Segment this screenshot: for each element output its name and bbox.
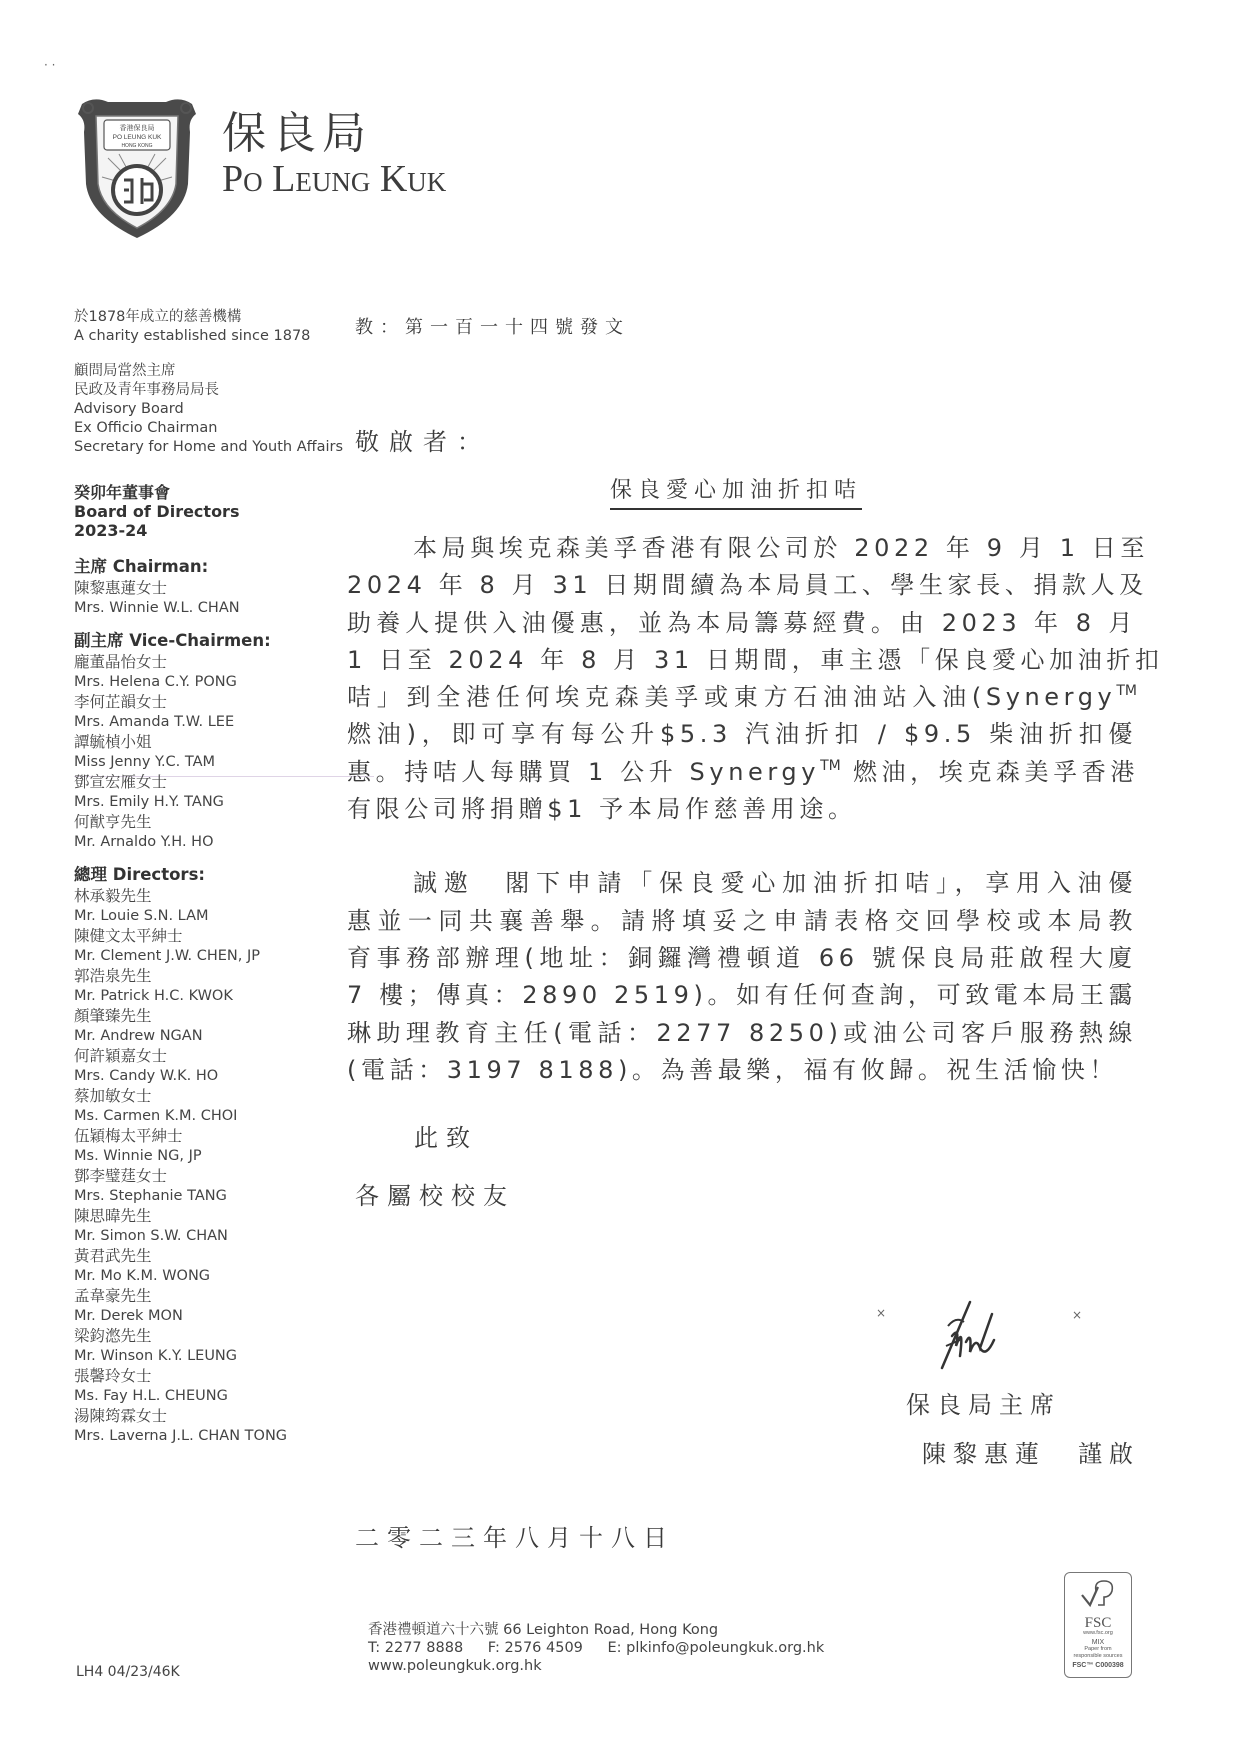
handwritten-signature xyxy=(930,1296,1020,1376)
member-name-en: Mr. Louie S.N. LAM xyxy=(74,906,334,926)
letter-body: 本局與埃克森美孚香港有限公司於 2022 年 9 月 1 日至 2024 年 8… xyxy=(347,530,1137,1089)
member-name-zh: 張馨玲女士 xyxy=(74,1366,334,1386)
fsc-mix: MIX xyxy=(1065,1639,1131,1646)
fsc-code: FSC™ C000398 xyxy=(1065,1662,1131,1669)
member-name-zh: 鄧李璧莛女士 xyxy=(74,1166,334,1186)
advisory-en-3: Secretary for Home and Youth Affairs xyxy=(74,438,334,457)
member-name-en: Mr. Clement J.W. CHEN, JP xyxy=(74,946,334,966)
fsc-url: www.fsc.org xyxy=(1065,1630,1131,1637)
scan-speck: · · xyxy=(44,58,55,72)
body-line: (電話：3197 8188)。為善最樂，福有攸歸。祝生活愉快！ xyxy=(347,1052,1137,1089)
member-name-zh: 顏肇臻先生 xyxy=(74,1006,334,1026)
member-name-zh: 陳思暐先生 xyxy=(74,1206,334,1226)
body-text: 惠。持咭人每購買 1 公升 Synergy xyxy=(347,758,820,786)
member-name-zh: 陳健文太平紳士 xyxy=(74,926,334,946)
body-line: 惠並一同共襄善舉。請將填妥之申請表格交回學校或本局教 xyxy=(347,903,1137,940)
paragraph-1: 本局與埃克森美孚香港有限公司於 2022 年 9 月 1 日至 2024 年 8… xyxy=(347,530,1137,828)
directors-list: 林承毅先生 Mr. Louie S.N. LAM 陳健文太平紳士 Mr. Cle… xyxy=(74,886,334,1446)
member-name-zh: 伍穎梅太平紳士 xyxy=(74,1126,334,1146)
board-title-zh: 癸卯年董事會 xyxy=(74,483,334,502)
body-line: 琳助理教育主任(電話：2277 8250)或油公司客戶服務熱線 xyxy=(347,1015,1137,1052)
member-name-en: Mr. Derek MON xyxy=(74,1306,334,1326)
board-year: 2023-24 xyxy=(74,521,334,540)
member-name-en: Mrs. Stephanie TANG xyxy=(74,1186,334,1206)
member-name-en: Ms. Winnie NG, JP xyxy=(74,1146,334,1166)
footer-contact: 香港禮頓道六十六號 66 Leighton Road, Hong Kong T:… xyxy=(368,1621,824,1675)
chairman-entry: 陳黎惠蓮女士 Mrs. Winnie W.L. CHAN xyxy=(74,578,334,618)
signer-name: 陳黎惠蓮 xyxy=(922,1434,1046,1469)
established-zh: 於1878年成立的慈善機構 xyxy=(74,308,334,327)
board-title-en: Board of Directors xyxy=(74,502,334,521)
org-name-english: Po Leung Kuk xyxy=(222,160,446,198)
fsc-desc-2: responsible sources xyxy=(1065,1653,1131,1660)
paragraph-2: 誠邀 閣下申請「保良愛心加油折扣咭」，享用入油優 惠並一同共襄善舉。請將填妥之申… xyxy=(347,865,1137,1089)
member-name-zh: 陳黎惠蓮女士 xyxy=(74,578,334,598)
body-line: 燃油)，即可享有每公升$5.3 汽油折扣 / $9.5 柴油折扣優 xyxy=(347,716,1137,753)
member-name-en: Ms. Fay H.L. CHEUNG xyxy=(74,1386,334,1406)
advisory-zh-1: 顧問局當然主席 xyxy=(74,362,334,381)
member-name-zh: 龐董晶怡女士 xyxy=(74,652,334,672)
member-name-zh: 孟韋豪先生 xyxy=(74,1286,334,1306)
member-name-zh: 何猷亨先生 xyxy=(74,812,334,832)
footer-fax: F: 2576 4509 xyxy=(488,1640,583,1656)
member-name-en: Mrs. Helena C.Y. PONG xyxy=(74,672,334,692)
member-name-zh: 蔡加敏女士 xyxy=(74,1086,334,1106)
vice-chairmen-heading: 副主席 Vice-Chairmen: xyxy=(74,630,334,652)
footer-contact-line: T: 2277 8888 F: 2576 4509 E: plkinfo@pol… xyxy=(368,1639,824,1657)
footer-website[interactable]: www.poleungkuk.org.hk xyxy=(368,1657,824,1675)
sign-off: 謹啟 xyxy=(1078,1434,1140,1469)
signer-title: 保良局主席 xyxy=(906,1385,1061,1420)
fsc-desc-1: Paper from xyxy=(1065,1646,1131,1653)
footer-tel: T: 2277 8888 xyxy=(368,1640,463,1656)
body-line: 2024 年 8 月 31 日期間續為本局員工、學生家長、捐款人及 xyxy=(347,567,1137,604)
directors-heading: 總理 Directors: xyxy=(74,864,334,886)
svg-text:PO LEUNG KUK: PO LEUNG KUK xyxy=(113,134,162,141)
po-leung-kuk-crest-logo: 香港保良局 PO LEUNG KUK HONG KONG xyxy=(74,92,200,242)
member-name-en: Mrs. Laverna J.L. CHAN TONG xyxy=(74,1426,334,1446)
member-name-zh: 鄧宣宏雁女士 xyxy=(74,772,334,792)
body-line: 有限公司將捐贈$1 予本局作慈善用途。 xyxy=(347,791,1137,828)
member-name-en: Mr. Winson K.Y. LEUNG xyxy=(74,1346,334,1366)
body-line: 育事務部辦理(地址：銅鑼灣禮頓道 66 號保良局莊啟程大廈 xyxy=(347,940,1137,977)
recipient: 各屬校校友 xyxy=(355,1176,515,1211)
letter-date: 二零二三年八月十八日 xyxy=(355,1518,675,1553)
fsc-tree-check-icon xyxy=(1078,1577,1118,1611)
member-name-en: Mr. Patrick H.C. KWOK xyxy=(74,986,334,1006)
advisory-en-1: Advisory Board xyxy=(74,400,334,419)
letter-subject: 保良愛心加油折扣咭 xyxy=(610,477,862,510)
trademark-mark: TM xyxy=(1116,683,1137,699)
body-line: 惠。持咭人每購買 1 公升 SynergyTM 燃油，埃克森美孚香港 xyxy=(347,754,1137,791)
member-name-en: Mr. Arnaldo Y.H. HO xyxy=(74,832,334,852)
fsc-certification-badge: FSC www.fsc.org MIX Paper from responsib… xyxy=(1064,1572,1132,1678)
member-name-en: Mrs. Winnie W.L. CHAN xyxy=(74,598,334,618)
member-name-zh: 譚毓楨小姐 xyxy=(74,732,334,752)
footer-address: 香港禮頓道六十六號 66 Leighton Road, Hong Kong xyxy=(368,1621,824,1639)
member-name-en: Mr. Andrew NGAN xyxy=(74,1026,334,1046)
body-text: 咭」到全港任何埃克森美孚或東方石油油站入油(Synergy xyxy=(347,683,1116,711)
member-name-zh: 李何芷韻女士 xyxy=(74,692,334,712)
member-name-zh: 梁鈞滺先生 xyxy=(74,1326,334,1346)
member-name-zh: 何許穎嘉女士 xyxy=(74,1046,334,1066)
body-line: 咭」到全港任何埃克森美孚或東方石油油站入油(SynergyTM xyxy=(347,679,1137,716)
chairman-heading: 主席 Chairman: xyxy=(74,556,334,578)
member-name-en: Ms. Carmen K.M. CHOI xyxy=(74,1106,334,1126)
member-name-zh: 郭浩泉先生 xyxy=(74,966,334,986)
member-name-en: Mrs. Emily H.Y. TANG xyxy=(74,792,334,812)
member-name-en: Mr. Simon S.W. CHAN xyxy=(74,1226,334,1246)
body-line: 助養人提供入油優惠，並為本局籌募經費。由 2023 年 8 月 xyxy=(347,605,1137,642)
footer-email[interactable]: E: plkinfo@poleungkuk.org.hk xyxy=(608,1640,825,1656)
body-line: 誠邀 閣下申請「保良愛心加油折扣咭」，享用入油優 xyxy=(347,865,1137,902)
advisory-zh-2: 民政及青年事務局局長 xyxy=(74,381,334,400)
advisory-en-2: Ex Officio Chairman xyxy=(74,419,334,438)
member-name-en: Miss Jenny Y.C. TAM xyxy=(74,752,334,772)
member-name-zh: 黃君武先生 xyxy=(74,1246,334,1266)
member-name-en: Mrs. Candy W.K. HO xyxy=(74,1066,334,1086)
issue-number: 教：第一百一十四號發文 xyxy=(355,313,630,339)
closing-phrase: 此致 xyxy=(414,1118,478,1153)
salutation: 敬啟者： xyxy=(355,422,491,457)
body-line: 本局與埃克森美孚香港有限公司於 2022 年 9 月 1 日至 xyxy=(347,530,1137,567)
member-name-zh: 林承毅先生 xyxy=(74,886,334,906)
body-line: 1 日至 2024 年 8 月 31 日期間，車主憑「保良愛心加油折扣 xyxy=(347,642,1137,679)
established-en: A charity established since 1878 xyxy=(74,327,334,346)
member-name-en: Mrs. Amanda T.W. LEE xyxy=(74,712,334,732)
member-name-en: Mr. Mo K.M. WONG xyxy=(74,1266,334,1286)
org-name-chinese: 保良局 xyxy=(222,112,372,156)
member-name-zh: 湯陳筠霖女士 xyxy=(74,1406,334,1426)
svg-text:HONG KONG: HONG KONG xyxy=(121,143,152,149)
fsc-label: FSC xyxy=(1065,1616,1131,1630)
scan-mark-x: × xyxy=(1072,1308,1082,1322)
body-text: 燃油，埃克森美孚香港 xyxy=(853,758,1139,786)
vice-chairmen-list: 龐董晶怡女士 Mrs. Helena C.Y. PONG 李何芷韻女士 Mrs.… xyxy=(74,652,334,852)
scan-mark-x: × xyxy=(876,1306,886,1320)
letterhead-ref-code: LH4 04/23/46K xyxy=(76,1664,180,1680)
trademark-mark: TM xyxy=(820,758,841,774)
sidebar-board-list: 於1878年成立的慈善機構 A charity established sinc… xyxy=(74,308,334,1446)
body-line: 7 樓；傳真：2890 2519)。如有任何查詢，可致電本局王靄 xyxy=(347,977,1137,1014)
svg-text:香港保良局: 香港保良局 xyxy=(120,123,155,132)
